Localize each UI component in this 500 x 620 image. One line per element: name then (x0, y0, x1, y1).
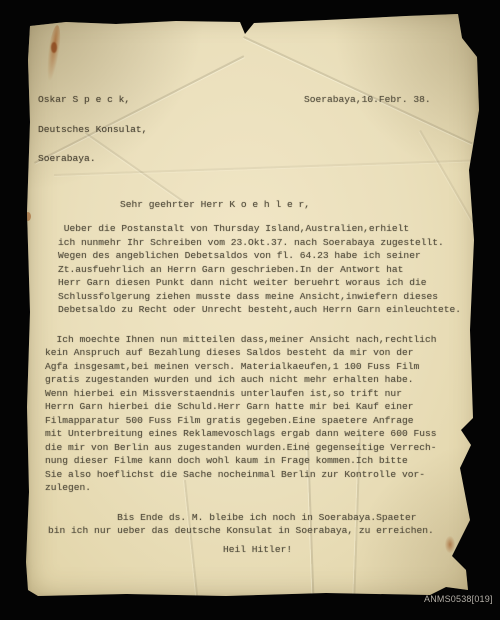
letter-line: kein Anspruch auf Bezahlung dieses Saldo… (45, 346, 461, 360)
letter-line: Debetsaldo zu Recht oder Unrecht besteht… (58, 303, 461, 317)
letter-line: Filmapparatur 500 Fuss Film gratis gegeb… (45, 414, 461, 428)
letter-line: Schlussfolgerung ziehen musste dass mein… (58, 290, 461, 304)
letter-line: Wenn hierbei ein Missverstaendnis unterl… (45, 387, 461, 401)
letter-line: Wegen des angeblichen Debetsaldos von fl… (58, 249, 461, 263)
letter-line: Ueber die Postanstalt von Thursday Islan… (58, 222, 461, 236)
sender-city: Soerabaya. (38, 154, 147, 164)
sender-address-block: Oskar S p e c k, Deutsches Konsulat, Soe… (38, 76, 147, 183)
closing-salute: Heil Hitler! (223, 543, 292, 557)
crease-line (243, 36, 472, 144)
letter-line: Bis Ende ds. M. bleibe ich noch in Soera… (48, 511, 461, 525)
letter-line: ich nunmehr Ihr Schreiben vom 23.Okt.37.… (58, 236, 461, 250)
rust-stain (25, 212, 31, 221)
sender-name: Oskar S p e c k, (38, 95, 147, 105)
paragraph: Ich moechte Ihnen nun mitteilen dass,mei… (45, 333, 461, 495)
letter-line: nung dieser Filme kann doch wohl kaum in… (45, 454, 461, 468)
letter-body: Ueber die Postanstalt von Thursday Islan… (26, 222, 461, 554)
dateline: Soerabaya,10.Febr. 38. (304, 93, 431, 107)
letter-line: Herrn Garn hierbei die Schuld.Herr Garn … (45, 400, 461, 414)
letter-line: die mir von Berlin aus zugestanden wurde… (45, 441, 461, 455)
letter-line: zulegen. (45, 481, 461, 495)
rust-stain (51, 42, 57, 53)
letter-line: Zt.ausfuehrlich an Herrn Garn geschriebe… (58, 263, 461, 277)
letter-line: Ich moechte Ihnen nun mitteilen dass,mei… (45, 333, 461, 347)
letter-line: mit Unterbreitung eines Reklamevoschlags… (45, 427, 461, 441)
photo-background: Oskar S p e c k, Deutsches Konsulat, Soe… (0, 0, 500, 620)
letter-document: Oskar S p e c k, Deutsches Konsulat, Soe… (26, 12, 480, 598)
paragraph: Bis Ende ds. M. bleibe ich noch in Soera… (48, 511, 461, 538)
letter-line: Agfa insgesamt,bei meinen versch. Materi… (45, 360, 461, 374)
rust-stain (44, 25, 63, 82)
letter-line: gratis zugestanden wurden und ich auch n… (45, 373, 461, 387)
sender-organisation: Deutsches Konsulat, (38, 125, 147, 135)
paragraph: Ueber die Postanstalt von Thursday Islan… (58, 222, 461, 317)
salutation: Sehr geehrter Herr K o e h l e r, (120, 198, 310, 212)
letter-line: Herr Garn diesen Punkt dann nicht weiter… (58, 276, 461, 290)
letter-line: Sie also hoeflichst die Sache nocheinmal… (45, 468, 461, 482)
letter-line: bin ich nur ueber das deutsche Konsulat … (48, 524, 461, 538)
archive-catalog-number: ANMS0538[019] (424, 594, 493, 604)
